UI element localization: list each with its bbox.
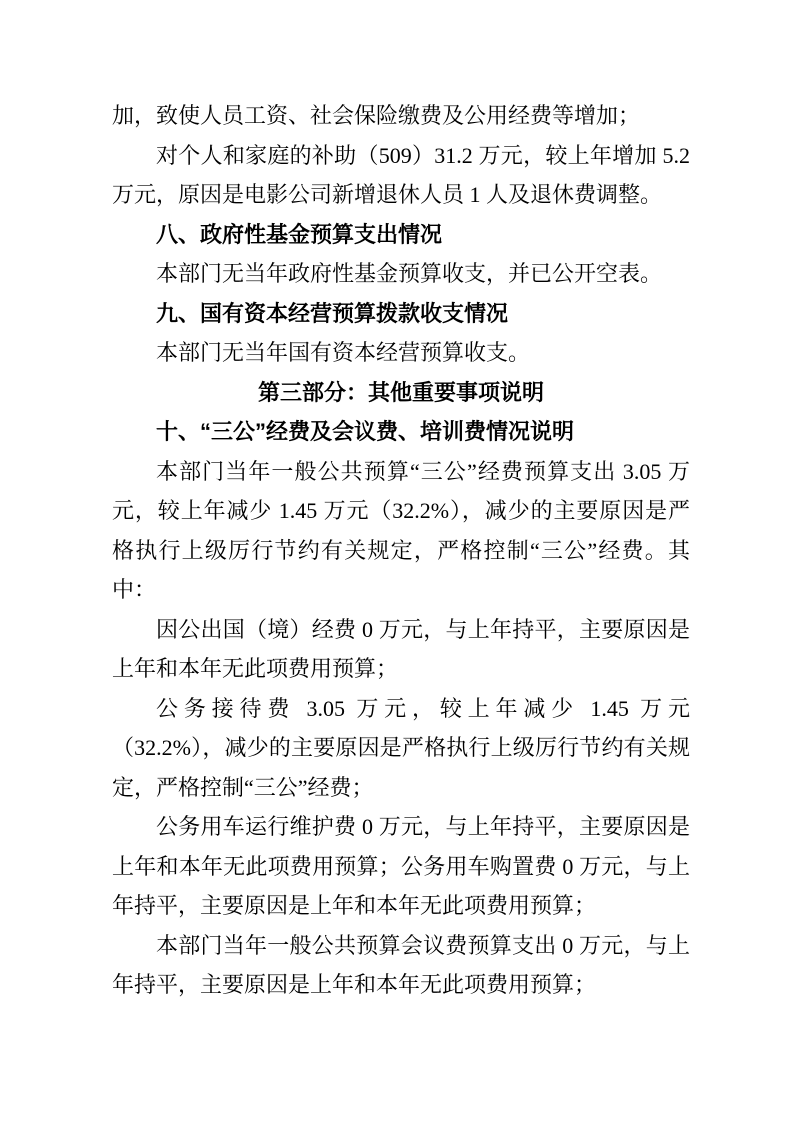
paragraph-continuation: 加，致使人员工资、社会保险缴费及公用经费等增加； [112, 96, 690, 136]
part-heading-3: 第三部分：其他重要事项说明 [112, 373, 690, 413]
document-page: 加，致使人员工资、社会保险缴费及公用经费等增加； 对个人和家庭的补助（509）3… [0, 0, 793, 1122]
paragraph: 本部门当年一般公共预算“三公”经费预算支出 3.05 万元，较上年减少 1.45… [112, 452, 690, 610]
paragraph: 因公出国（境）经费 0 万元，与上年持平，主要原因是上年和本年无此项费用预算； [112, 610, 690, 689]
paragraph: 对个人和家庭的补助（509）31.2 万元，较上年增加 5.2 万元，原因是电影… [112, 136, 690, 215]
paragraph: 公务用车运行维护费 0 万元，与上年持平，主要原因是上年和本年无此项费用预算；公… [112, 807, 690, 926]
paragraph: 本部门无当年国有资本经营预算收支。 [112, 333, 690, 373]
paragraph: 本部门无当年政府性基金预算收支，并已公开空表。 [112, 254, 690, 294]
paragraph: 本部门当年一般公共预算会议费预算支出 0 万元，与上年持平，主要原因是上年和本年… [112, 926, 690, 1005]
paragraph: 公务接待费 3.05 万元，较上年减少 1.45 万元（32.2%），减少的主要… [112, 689, 690, 808]
section-heading-9: 九、国有资本经营预算拨款收支情况 [112, 294, 690, 334]
section-heading-8: 八、政府性基金预算支出情况 [112, 215, 690, 255]
section-heading-10: 十、“三公”经费及会议费、培训费情况说明 [112, 412, 690, 452]
